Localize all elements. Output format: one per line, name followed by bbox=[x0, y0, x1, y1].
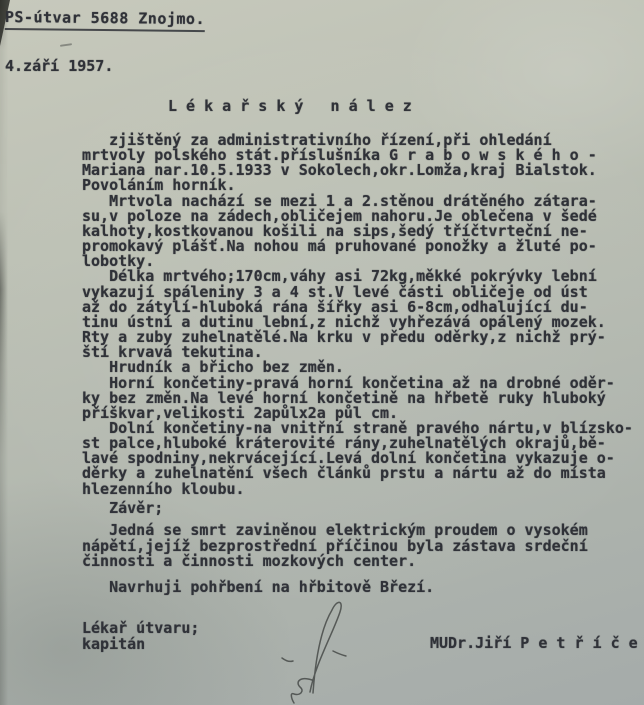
text-line: promokavý plášť.Na nohou má pruhované po… bbox=[82, 239, 633, 254]
burial-note: Navrhuji pohřbení na hřbitově Březí. bbox=[82, 578, 434, 596]
text-line: činnosti a činnosti mozkových center. bbox=[82, 554, 588, 570]
document-date: 4.září 1957. bbox=[5, 57, 113, 75]
unit-header: PS-útvar 5688 Znojmo. bbox=[5, 8, 205, 32]
conclusion-text: Jedná se smrt zaviněnou elektrickým prou… bbox=[82, 523, 588, 570]
document-photo: PS-útvar 5688 Znojmo. 4.září 1957. L é k… bbox=[0, 0, 644, 705]
signer-block: Lékař útvaru; kapitán bbox=[82, 621, 199, 652]
body-text: zjištěný za administrativního řízení,při… bbox=[82, 133, 633, 497]
signer-rank: kapitán bbox=[82, 637, 199, 653]
document-title: L é k a ř s k ý n á l e z bbox=[168, 97, 412, 115]
conclusion-heading: Závěr; bbox=[82, 499, 163, 517]
text-line: hlezenního kloubu. bbox=[82, 482, 633, 497]
stray-ink-mark bbox=[60, 43, 72, 47]
signature-handwriting bbox=[260, 585, 370, 705]
photo-left-edge-shadow bbox=[0, 0, 8, 705]
doctor-name: MUDr.Jiří P e t ř í č e k bbox=[430, 634, 644, 652]
